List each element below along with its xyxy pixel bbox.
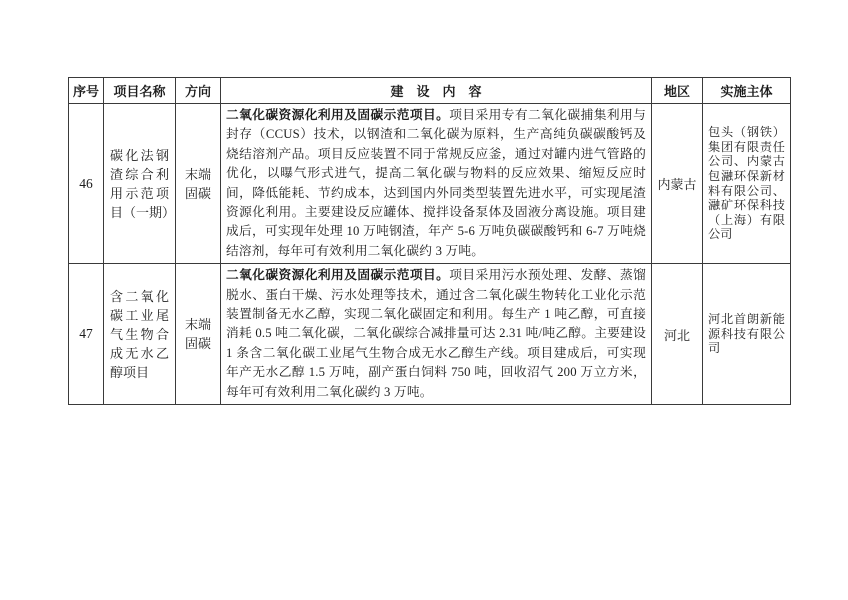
content-body-text: 项目采用污水预处理、发酵、蒸馏脱水、蛋白干燥、污水处理等技术，通过含二氧化碳生物… <box>226 268 646 398</box>
table-row-project-47: 47 含二氧化碳工业尾气生物合成无水乙醇项目 末端固碳 二氧化碳资源化利用及固碳… <box>69 264 791 405</box>
project-direction: 末端固碳 <box>176 104 221 264</box>
project-content-cell: 二氧化碳资源化利用及固碳示范项目。项目采用污水预处理、发酵、蒸馏脱水、蛋白干燥、… <box>221 264 652 405</box>
header-cell-construction-content: 建 设 内 容 <box>221 78 652 104</box>
header-cell-direction: 方向 <box>176 78 221 104</box>
project-name: 含二氧化碳工业尾气生物合成无水乙醇项目 <box>104 264 176 405</box>
project-direction: 末端固碳 <box>176 264 221 405</box>
project-region: 内蒙古 <box>652 104 703 264</box>
project-entity: 河北首朗新能源科技有限公司 <box>703 264 791 405</box>
content-lead-text: 二氧化碳资源化利用及固碳示范项目。 <box>226 108 449 122</box>
project-region: 河北 <box>652 264 703 405</box>
document-page: 序号 项目名称 方向 建 设 内 容 地区 实施主体 46 碳化法钢渣综合利用示… <box>0 0 848 600</box>
project-content-cell: 二氧化碳资源化利用及固碳示范项目。项目采用专有二氧化碳捕集利用与封存（CCUS）… <box>221 104 652 264</box>
project-entity: 包头（钢铁）集团有限责任公司、内蒙古包瀜环保新材料有限公司、瀜矿环保科技（上海）… <box>703 104 791 264</box>
header-cell-project-name: 项目名称 <box>104 78 176 104</box>
header-cell-entity: 实施主体 <box>703 78 791 104</box>
project-number: 47 <box>69 264 104 405</box>
table-row-project-46: 46 碳化法钢渣综合利用示范项目（一期） 末端固碳 二氧化碳资源化利用及固碳示范… <box>69 104 791 264</box>
table-header-row: 序号 项目名称 方向 建 设 内 容 地区 实施主体 <box>69 78 791 104</box>
content-body-text: 项目采用专有二氧化碳捕集利用与封存（CCUS）技术，以钢渣和二氧化碳为原料，生产… <box>226 108 646 258</box>
project-number: 46 <box>69 104 104 264</box>
content-lead-text: 二氧化碳资源化利用及固碳示范项目。 <box>226 268 449 282</box>
projects-table: 序号 项目名称 方向 建 设 内 容 地区 实施主体 46 碳化法钢渣综合利用示… <box>68 77 791 405</box>
project-name: 碳化法钢渣综合利用示范项目（一期） <box>104 104 176 264</box>
header-cell-region: 地区 <box>652 78 703 104</box>
header-cell-no: 序号 <box>69 78 104 104</box>
